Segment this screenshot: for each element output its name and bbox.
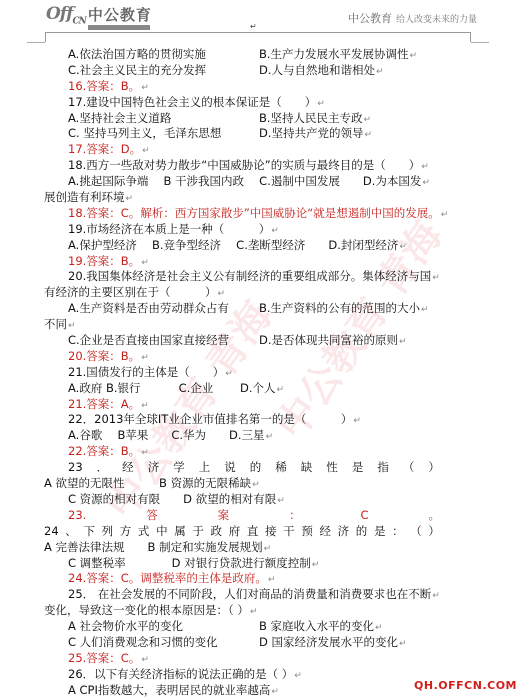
question-line: A.政府 B.银行 C.企业 D.个人↵ xyxy=(44,381,416,397)
answer-text: 21.答案：A。 xyxy=(68,397,140,411)
justified-char: ： xyxy=(289,508,301,524)
justified-char: 济 xyxy=(338,524,350,540)
question-line: 26．以下有关经济指标的说法正确的是（ ）↵ xyxy=(44,667,416,683)
logo-bar xyxy=(88,25,150,30)
justified-char: ） xyxy=(428,524,440,540)
paragraph-mark: ↵ xyxy=(126,194,134,204)
question-continuation: 不同↵ xyxy=(44,317,416,333)
question-text: 18.西方一些敌对势力散步“中国威胁论”的实质与最终目的是（ ） xyxy=(68,158,420,172)
justified-char: 是 xyxy=(374,524,386,540)
justified-char: 的 xyxy=(250,460,262,476)
justified-char: 缺 xyxy=(301,460,313,476)
paragraph-mark: ↵ xyxy=(218,289,226,299)
option-b: D 国家经济发展水平的变化 xyxy=(259,635,398,649)
answer-text: 24.答案：C。调整税率的主体是政府。 xyxy=(68,571,267,585)
question-text: 不同 xyxy=(44,317,67,331)
justified-char: （ xyxy=(403,460,415,476)
question-text: 22．2013年全球IT业企业市值排名第一的是（ ） xyxy=(68,412,352,426)
paragraph-mark: ↵ xyxy=(399,242,407,252)
justified-char: 答 xyxy=(146,508,158,524)
question-line: C 调整税率 D 对银行贷款进行额度控制↵ xyxy=(44,556,416,572)
question-continuation: A 欲望的无限性 B 资源的无限稀缺↵ xyxy=(44,476,416,492)
paragraph-mark: ↵ xyxy=(141,401,149,411)
question-text: A CPI指数越大，表明居民的就业率越高 xyxy=(68,683,270,697)
option-a: A 社会物价水平的变化 xyxy=(68,619,183,633)
question-text: 变化，导致这一变化的根本原因是：（ ） xyxy=(44,603,249,617)
answer-text: 22.答案：B。 xyxy=(68,444,140,458)
justified-char: 指 xyxy=(377,460,389,476)
options-line: A.依法治国方略的贯彻实施B.生产力发展水平发展协调性↵ xyxy=(44,47,416,63)
option-b: D.坚持共产党的领导 xyxy=(259,126,364,140)
question-line: 23．经济学上说的稀缺性是指（） xyxy=(44,460,440,476)
question-text: A 完善法律法规 B 制定和实施发展规划 xyxy=(44,540,263,554)
paragraph-mark: ↵ xyxy=(250,607,258,617)
question-line: 24、下列方式中属于政府直接干预经济的是：（） xyxy=(44,524,440,540)
options-line: C.企业是否直接由国家直接经营D.是否体现共同富裕的原则↵ xyxy=(44,333,416,349)
option-b: D.是否体现共同富裕的原则 xyxy=(259,333,398,347)
header-slogan: 中公教育给人改变未来的力量 xyxy=(348,10,477,26)
paragraph-mark: ↵ xyxy=(277,385,285,395)
option-a: A.坚持社会主义道路 xyxy=(68,111,171,125)
paragraph-mark: ↵ xyxy=(141,353,149,363)
page-margin-mark xyxy=(471,42,489,43)
answer-text: 18.答案：C。解析：西方国家散步”中国威胁论“就是想遏制中国的发展。 xyxy=(68,206,440,220)
header-rule-left xyxy=(45,32,46,42)
header-rule-right xyxy=(470,32,471,42)
justified-char: 经 xyxy=(122,460,134,476)
justified-char: 式 xyxy=(138,524,150,540)
question-text: 20.我国集体经济是社会主义公有制经济的重要组成部分。集体经济与国 xyxy=(68,269,431,283)
question-text: 17.建设中国特色社会主义的根本保证是（ ） xyxy=(68,95,316,109)
logo-text: 中公教育 xyxy=(88,7,152,24)
option-a: C.社会主义民主的充分发挥 xyxy=(68,63,206,77)
question-line: A.挑起国际争端 B 干涉我国内政 C.遏制中国发展 D.为本国发↵ xyxy=(44,174,416,190)
paragraph-mark: ↵ xyxy=(399,639,407,649)
paragraph-mark: ↵ xyxy=(375,623,383,633)
answer-text: 16.答案：B。 xyxy=(68,79,140,93)
paragraph-mark: ↵ xyxy=(141,258,149,268)
question-text: A.保护型经济 B.竞争型经济 C.垄断型经济 D.封闭型经济 xyxy=(68,238,398,252)
paragraph-mark: ↵ xyxy=(264,544,272,554)
question-text: 26．以下有关经济指标的说法正确的是（ ） xyxy=(68,667,293,681)
option-b: B 家庭收入水平的变化 xyxy=(259,619,374,633)
answer-line: 23.答案：C。 xyxy=(44,508,440,524)
question-text: C 资源的相对有限 D 欲望的相对有限 xyxy=(68,492,276,506)
justified-char: 中 xyxy=(156,524,168,540)
paragraph-mark: ↵ xyxy=(365,130,373,140)
paragraph-mark: ↵ xyxy=(142,146,150,156)
question-line: 22．2013年全球IT业企业市值排名第一的是（ ）↵ xyxy=(44,412,416,428)
justified-char: 属 xyxy=(174,524,186,540)
answer-line: 22.答案：B。↵ xyxy=(44,444,416,460)
paragraph-mark: ↵ xyxy=(141,655,149,665)
question-line: 21.国债发行的主体是（ ）↵ xyxy=(44,365,416,381)
justified-char: 。 xyxy=(428,508,440,524)
paragraph-mark: ↵ xyxy=(141,83,149,93)
question-text: 有经济的主要区别在于（ ） xyxy=(44,285,217,299)
document-body: A.依法治国方略的贯彻实施B.生产力发展水平发展协调性↵C.社会主义民主的充分发… xyxy=(44,47,416,697)
question-text: 21.国债发行的主体是（ ） xyxy=(68,365,224,379)
justified-char: 方 xyxy=(120,524,132,540)
paragraph-mark: ↵ xyxy=(421,162,429,172)
justified-char: 政 xyxy=(211,524,223,540)
paragraph-mark: ↵ xyxy=(271,687,279,697)
option-b: B.坚持人民民主专政 xyxy=(259,111,363,125)
answer-line: 16.答案：B。↵ xyxy=(44,79,416,95)
justified-char: 23. xyxy=(68,508,86,524)
justified-char: 案 xyxy=(218,508,230,524)
justified-char: 性 xyxy=(326,460,338,476)
question-line: A.保护型经济 B.竞争型经济 C.垄断型经济 D.封闭型经济↵ xyxy=(44,238,416,254)
paragraph-mark: ↵ xyxy=(225,369,233,379)
question-continuation: 有经济的主要区别在于（ ）↵ xyxy=(44,285,416,301)
option-a: C. 坚持马列主义，毛泽东思想 xyxy=(68,126,221,140)
justified-char: 是 xyxy=(352,460,364,476)
justified-char: 、 xyxy=(65,524,77,540)
justified-char: ． xyxy=(97,460,109,476)
justified-char: （ xyxy=(410,524,422,540)
justified-char: 说 xyxy=(224,460,236,476)
option-b: B.生产资料的公有的范围的大小 xyxy=(259,301,420,315)
justified-char: 23 xyxy=(68,460,83,476)
justified-char: 府 xyxy=(229,524,241,540)
answer-line: 20.答案：B。↵ xyxy=(44,349,416,365)
question-text: 展创造有利环境 xyxy=(44,190,125,204)
paragraph-mark: ↵ xyxy=(432,591,440,601)
justified-char: ） xyxy=(428,460,440,476)
paragraph-mark: ↵ xyxy=(376,67,384,77)
options-line: C.社会主义民主的充分发挥D.人与自然地和谐相处↵ xyxy=(44,63,416,79)
header-slogan-text: 给人改变未来的力量 xyxy=(396,15,477,25)
paragraph-mark: ↵ xyxy=(399,337,407,347)
answer-text: 20.答案：B。 xyxy=(68,349,140,363)
paragraph-mark: ↵ xyxy=(252,480,260,490)
question-text: A.挑起国际争端 B 干涉我国内政 C.遏制中国发展 D.为本国发 xyxy=(68,174,421,188)
paragraph-mark: ↵ xyxy=(364,115,372,125)
paragraph-mark: ↵ xyxy=(422,178,430,188)
justified-char: 直 xyxy=(247,524,259,540)
paragraph-mark: ↵ xyxy=(353,416,361,426)
footer-url: QH.OFFCN.COM xyxy=(414,679,517,692)
page-header: OffCN 中公教育 ↵ 中公教育给人改变未来的力量 xyxy=(0,0,521,40)
answer-line: 25.答案：C。↵ xyxy=(44,651,416,667)
answer-line: 18.答案：C。解析：西方国家散步”中国威胁论“就是想遏制中国的发展。↵ xyxy=(44,206,416,222)
paragraph-mark: ↵ xyxy=(312,560,320,570)
paragraph-mark: ↵ xyxy=(141,448,149,458)
question-text: 19.市场经济在本质上是一种（ ） xyxy=(68,222,270,236)
justified-char: 学 xyxy=(173,460,185,476)
header-rule xyxy=(45,32,471,33)
question-text: A.政府 B.银行 C.企业 D.个人 xyxy=(68,381,276,395)
question-line: 25． 在社会发展的不同阶段，人们对商品的消费量和消费要求也在不断↵ xyxy=(44,587,416,603)
answer-text: 25.答案：C。 xyxy=(68,651,140,665)
question-continuation: A 完善法律法规 B 制定和实施发展规划↵ xyxy=(44,540,416,556)
justified-char: 24 xyxy=(44,524,59,540)
paragraph-mark: ↵ xyxy=(250,22,257,31)
option-a: C 人们消费观念和习惯的变化 xyxy=(68,635,218,649)
paragraph-mark: ↵ xyxy=(266,432,274,442)
logo-mark: OffCN xyxy=(46,5,86,30)
paragraph-mark: ↵ xyxy=(68,321,76,331)
question-line: 18.西方一些敌对势力散步“中国威胁论”的实质与最终目的是（ ）↵ xyxy=(44,158,416,174)
question-line: C 资源的相对有限 D 欲望的相对有限↵ xyxy=(44,492,416,508)
question-line: 19.市场经济在本质上是一种（ ）↵ xyxy=(44,222,416,238)
answer-line: 24.答案：C。调整税率的主体是政府。↵ xyxy=(44,571,416,587)
question-line: 17.建设中国特色社会主义的根本保证是（ ）↵ xyxy=(44,95,416,111)
offcn-logo: OffCN 中公教育 xyxy=(46,5,152,30)
question-text: C 调整税率 D 对银行贷款进行额度控制 xyxy=(68,556,311,570)
paragraph-mark: ↵ xyxy=(410,51,418,61)
justified-char: 干 xyxy=(283,524,295,540)
justified-char: 预 xyxy=(301,524,313,540)
question-line: A CPI指数越大，表明居民的就业率越高↵ xyxy=(44,683,416,697)
justified-char: 济 xyxy=(148,460,160,476)
paragraph-mark: ↵ xyxy=(277,496,285,506)
option-b: B.生产力发展水平发展协调性 xyxy=(259,47,409,61)
question-text: A.谷歌 B苹果 C.华为 D.三星 xyxy=(68,428,265,442)
justified-char: 稀 xyxy=(275,460,287,476)
justified-char: 的 xyxy=(356,524,368,540)
paragraph-mark: ↵ xyxy=(271,226,279,236)
paragraph-mark: ↵ xyxy=(441,210,449,220)
justified-char: 接 xyxy=(265,524,277,540)
paragraph-mark: ↵ xyxy=(421,305,429,315)
option-b: D.人与自然地和谐相处 xyxy=(259,63,375,77)
paragraph-mark: ↵ xyxy=(432,273,440,283)
page-margin-mark xyxy=(27,42,45,43)
justified-char: 于 xyxy=(192,524,204,540)
justified-char: 下 xyxy=(83,524,95,540)
options-line: A 社会物价水平的变化B 家庭收入水平的变化↵ xyxy=(44,619,416,635)
question-continuation: 变化，导致这一变化的根本原因是：（ ）↵ xyxy=(44,603,416,619)
header-brand: 中公教育 xyxy=(348,12,392,25)
question-continuation: 展创造有利环境↵ xyxy=(44,190,416,206)
options-line: A.生产资料是否由劳动群众占有B.生产资料的公有的范围的大小↵ xyxy=(44,301,416,317)
option-a: A.生产资料是否由劳动群众占有 xyxy=(68,301,229,315)
justified-char: ： xyxy=(392,524,404,540)
paragraph-mark: ↵ xyxy=(317,99,325,109)
justified-char: 上 xyxy=(199,460,211,476)
answer-line: 17.答案：D。↵ xyxy=(44,142,416,158)
question-line: 20.我国集体经济是社会主义公有制经济的重要组成部分。集体经济与国↵ xyxy=(44,269,416,285)
options-line: A.坚持社会主义道路B.坚持人民民主专政↵ xyxy=(44,111,416,127)
justified-char: C xyxy=(360,508,368,524)
justified-char: 经 xyxy=(319,524,331,540)
options-line: C 人们消费观念和习惯的变化D 国家经济发展水平的变化↵ xyxy=(44,635,416,651)
answer-text: 17.答案：D。 xyxy=(68,142,141,156)
options-line: C. 坚持马列主义，毛泽东思想D.坚持共产党的领导↵ xyxy=(44,126,416,142)
option-a: A.依法治国方略的贯彻实施 xyxy=(68,47,206,61)
question-text: 25． 在社会发展的不同阶段，人们对商品的消费量和消费要求也在不断 xyxy=(68,587,431,601)
question-line: A.谷歌 B苹果 C.华为 D.三星↵ xyxy=(44,428,416,444)
answer-line: 19.答案：B。↵ xyxy=(44,254,416,270)
paragraph-mark: ↵ xyxy=(294,671,302,681)
justified-char: 列 xyxy=(102,524,114,540)
answer-line: 21.答案：A。↵ xyxy=(44,397,416,413)
answer-text: 19.答案：B。 xyxy=(68,254,140,268)
question-text: A 欲望的无限性 B 资源的无限稀缺 xyxy=(44,476,251,490)
option-a: C.企业是否直接由国家直接经营 xyxy=(68,333,229,347)
paragraph-mark: ↵ xyxy=(268,575,276,585)
